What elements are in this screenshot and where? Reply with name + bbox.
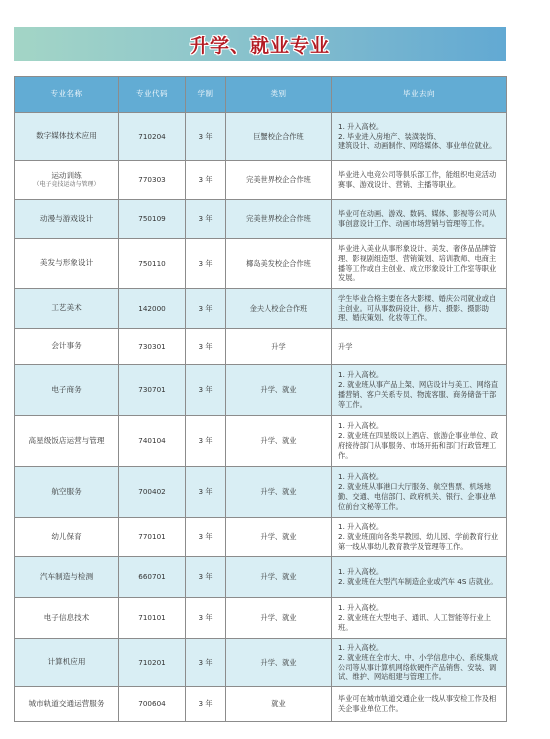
destination: 1. 升入高校。 2. 就业班在全市大、中、小学信息中心、系统集成公司等从事计算… [332,639,507,687]
table-row: 电子商务 730701 3 年 升学、就业 1. 升入高校。 2. 就业班从事产… [15,365,507,416]
category: 升学、就业 [226,598,332,639]
destination: 1. 升入高校。 2. 就业班在大型汽车制造企业或汽车 4S 店就业。 [332,557,507,598]
major-code: 710204 [119,113,186,161]
major-code: 700402 [119,467,186,518]
major-name: 动漫与游戏设计 [15,200,119,239]
table-row: 工艺美术 142000 3 年 金夫人校企合作班 学生毕业合格主要在各大影楼、婚… [15,289,507,329]
table-row: 高星级饭店运营与管理 740104 3 年 升学、就业 1. 升入高校。 2. … [15,416,507,467]
category: 升学、就业 [226,467,332,518]
table-row: 美发与形象设计 750110 3 年 椰岛美发校企合作班 毕业进入美业从事形象设… [15,239,507,289]
major-code: 710201 [119,639,186,687]
destination: 毕业进入美业从事形象设计、美发、奢侈品品牌管理、影视剧组造型、营销策划、培训教师… [332,239,507,289]
major-code: 730301 [119,329,186,365]
major-name: 会计事务 [15,329,119,365]
destination: 1. 升入高校。 2. 就业班面向各类早教园、幼儿园、学前教育行业第一线从事幼儿… [332,518,507,557]
destination: 1. 升入高校。 2. 就业班从事港口大厅服务、航空售票、机场地勤、交通、电信部… [332,467,507,518]
header-duration: 学制 [186,77,226,113]
destination: 升学 [332,329,507,365]
major-code: 660701 [119,557,186,598]
major-code: 770101 [119,518,186,557]
destination: 1. 升入高校。 2. 就业班在大型电子、通讯、人工智能等行业上班。 [332,598,507,639]
category: 升学、就业 [226,416,332,467]
major-code: 142000 [119,289,186,329]
header-major-name: 专业名称 [15,77,119,113]
table-header-row: 专业名称 专业代码 学制 类别 毕业去向 [15,77,507,113]
table-row: 汽车制造与检测 660701 3 年 升学、就业 1. 升入高校。 2. 就业班… [15,557,507,598]
majors-table: 专业名称 专业代码 学制 类别 毕业去向 数字媒体技术应用 710204 3 年… [14,76,507,722]
duration: 3 年 [186,557,226,598]
category: 升学、就业 [226,365,332,416]
major-name: 电子信息技术 [15,598,119,639]
category: 巨蟹校企合作班 [226,113,332,161]
destination: 1. 升入高校。 2. 就业班从事产品上架、网店设计与美工、网络直播营销、客户关… [332,365,507,416]
table-row: 动漫与游戏设计 750109 3 年 完美世界校企合作班 毕业可在动画、游戏、数… [15,200,507,239]
duration: 3 年 [186,639,226,687]
major-name: 计算机应用 [15,639,119,687]
title-banner: 升学、就业专业 [14,27,506,61]
header-major-code: 专业代码 [119,77,186,113]
destination: 1. 升入高校。 2. 毕业进入房地产、装潢装饰、 建筑设计、动画制作、网络媒体… [332,113,507,161]
major-name: 工艺美术 [15,289,119,329]
destination: 毕业进入电竞公司等俱乐部工作，能组织电竞活动赛事、游戏设计、营销、主播等职业。 [332,161,507,200]
table-row: 运动训练 （电子竞技运动与管理） 770303 3 年 完美世界校企合作班 毕业… [15,161,507,200]
major-name: 幼儿保育 [15,518,119,557]
major-name: 电子商务 [15,365,119,416]
major-name: 航空服务 [15,467,119,518]
duration: 3 年 [186,687,226,722]
major-code: 770303 [119,161,186,200]
table-row: 计算机应用 710201 3 年 升学、就业 1. 升入高校。 2. 就业班在全… [15,639,507,687]
category: 升学 [226,329,332,365]
major-code: 700604 [119,687,186,722]
category: 升学、就业 [226,557,332,598]
category: 完美世界校企合作班 [226,200,332,239]
destination: 毕业可在城市轨道交通企业一线从事安检工作及相关企事业单位工作。 [332,687,507,722]
table-row: 会计事务 730301 3 年 升学 升学 [15,329,507,365]
major-code: 710101 [119,598,186,639]
duration: 3 年 [186,598,226,639]
header-destination: 毕业去向 [332,77,507,113]
category: 椰岛美发校企合作班 [226,239,332,289]
table-row: 电子信息技术 710101 3 年 升学、就业 1. 升入高校。 2. 就业班在… [15,598,507,639]
major-name: 美发与形象设计 [15,239,119,289]
duration: 3 年 [186,518,226,557]
major-code: 750110 [119,239,186,289]
major-name: 数字媒体技术应用 [15,113,119,161]
major-name: 城市轨道交通运营服务 [15,687,119,722]
major-name: 运动训练 （电子竞技运动与管理） [15,161,119,200]
major-code: 750109 [119,200,186,239]
category: 完美世界校企合作班 [226,161,332,200]
table-row: 城市轨道交通运营服务 700604 3 年 就业 毕业可在城市轨道交通企业一线从… [15,687,507,722]
major-code: 740104 [119,416,186,467]
destination: 1. 升入高校。 2. 就业班在四星级以上酒店、旅游企事业单位、政府接待部门从事… [332,416,507,467]
duration: 3 年 [186,329,226,365]
category: 就业 [226,687,332,722]
duration: 3 年 [186,416,226,467]
category: 升学、就业 [226,518,332,557]
duration: 3 年 [186,467,226,518]
category: 升学、就业 [226,639,332,687]
major-name: 高星级饭店运营与管理 [15,416,119,467]
duration: 3 年 [186,113,226,161]
destination: 毕业可在动画、游戏、数码、媒体、影视等公司从事创意设计工作、动画市场营销与管理等… [332,200,507,239]
page-title: 升学、就业专业 [190,31,330,58]
category: 金夫人校企合作班 [226,289,332,329]
duration: 3 年 [186,239,226,289]
header-category: 类别 [226,77,332,113]
table-row: 航空服务 700402 3 年 升学、就业 1. 升入高校。 2. 就业班从事港… [15,467,507,518]
duration: 3 年 [186,161,226,200]
duration: 3 年 [186,200,226,239]
duration: 3 年 [186,365,226,416]
duration: 3 年 [186,289,226,329]
table-row: 数字媒体技术应用 710204 3 年 巨蟹校企合作班 1. 升入高校。 2. … [15,113,507,161]
major-name: 汽车制造与检测 [15,557,119,598]
destination: 学生毕业合格主要在各大影楼、婚庆公司就业或自主创业。可从事数码设计、修片、摄影、… [332,289,507,329]
major-code: 730701 [119,365,186,416]
table-row: 幼儿保育 770101 3 年 升学、就业 1. 升入高校。 2. 就业班面向各… [15,518,507,557]
